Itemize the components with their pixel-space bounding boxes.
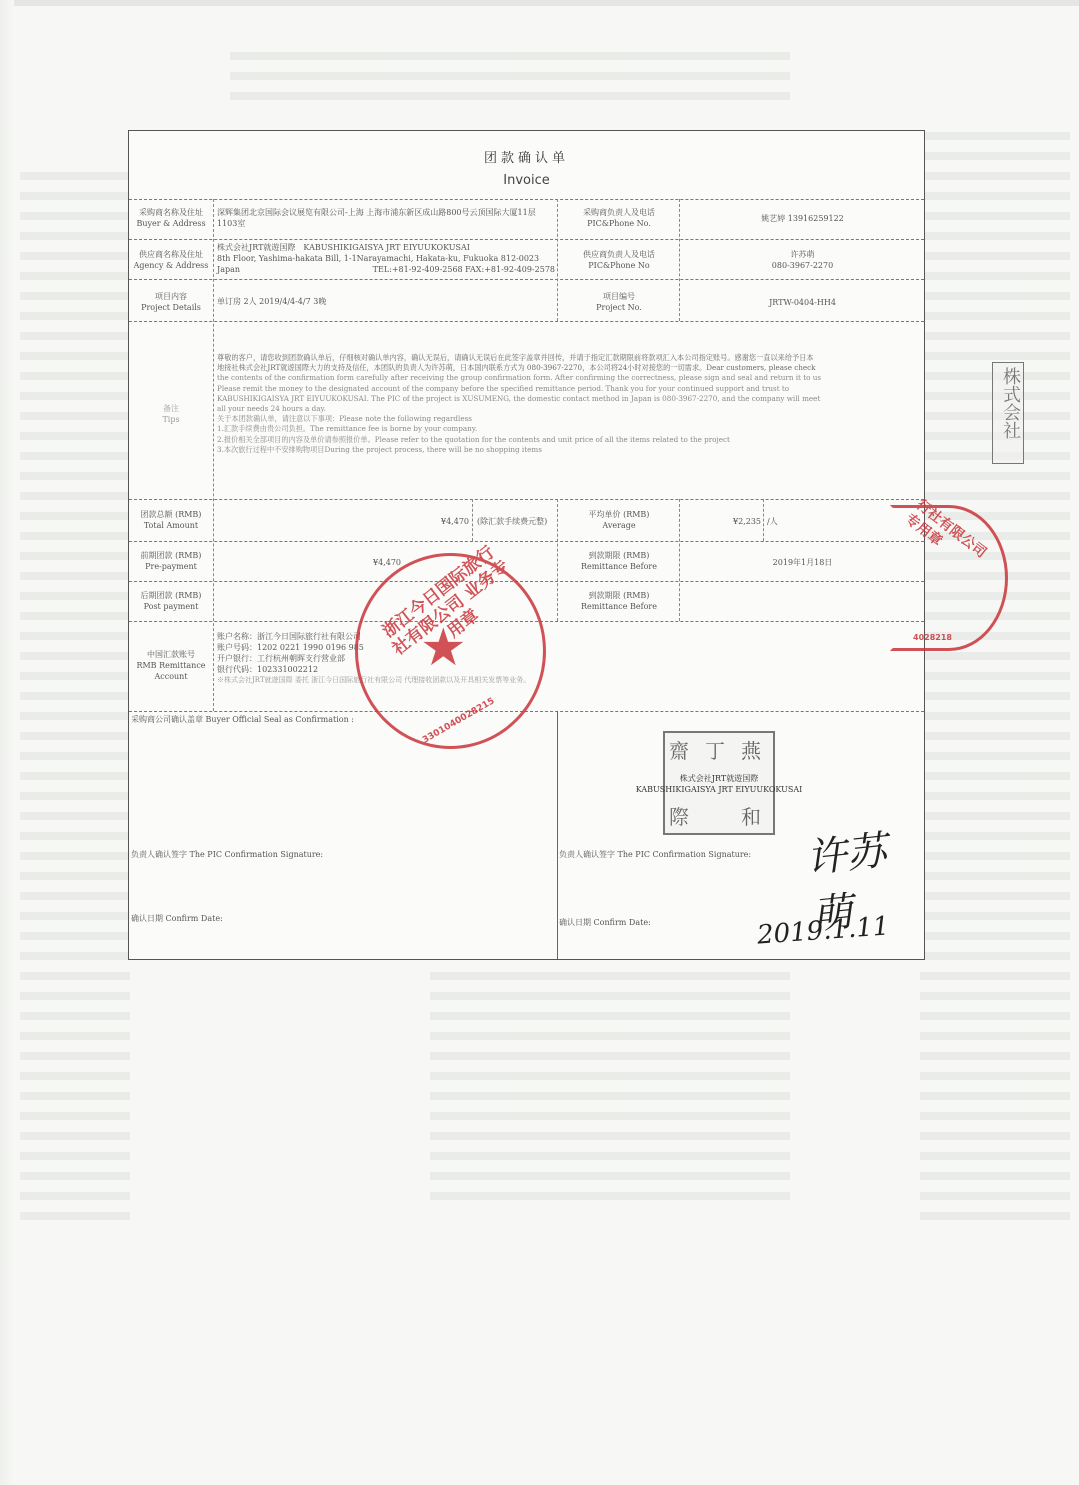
agency-address: 株式会社JRT就遊国際 KABUSHIKIGAISYA JRT EIYUUKOK… (217, 242, 557, 275)
vertical-seal: 株式会社 (992, 362, 1024, 464)
remittance-account-details: 账户名称：浙江今日国际旅行社有限公司 账户号码：1202 0221 1990 0… (217, 631, 917, 686)
remittance-account-label: 中国汇款账号RMB RemittanceAccount (131, 649, 211, 682)
average-label: 平均单价 (RMB)Average (559, 509, 679, 531)
average-unit: /人 (767, 516, 807, 527)
tips-text: 尊敬的客户，请您收到团款确认单后，仔细核对确认单内容，确认无误后，请确认无误后在… (217, 353, 917, 455)
round-stamp-right: 行社有限公司 专用章 4028218 (890, 505, 1008, 651)
average-value: ¥2,235 (681, 516, 761, 527)
buyer-address: 深辉集团北京国际会议展览有限公司-上海 上海市浦东新区成山路800号云顶国际大厦… (217, 207, 557, 229)
company-seal-text: 株式会社JRT就遊国際 KABUSHIKIGAISYA JRT EIYUUKOK… (629, 773, 809, 795)
left-confirm-date-label: 确认日期 Confirm Date: (131, 913, 551, 924)
left-signature-label: 负责人确认签字 The PIC Confirmation Signature: (131, 849, 551, 860)
total-amount-value: ¥4,470 (217, 516, 469, 527)
document-title-en: Invoice (129, 173, 924, 188)
prepayment-label: 前期团款 (RMB)Pre-payment (131, 550, 211, 572)
scan-edge (0, 0, 14, 1485)
invoice-sheet: 团款确认单 Invoice 采购商名称及住址Buyer & Address 深辉… (128, 130, 925, 960)
agency-label: 供应商名称及住址Agency & Address (131, 249, 211, 271)
bleed-through (20, 160, 130, 1230)
total-amount-label: 团款总额 (RMB)Total Amount (131, 509, 211, 531)
remittance-before-label: 到款期限 (RMB)Remittance Before (559, 550, 679, 572)
agency-pic-label: 供应商负责人及电话PIC&Phone No (559, 249, 679, 271)
buyer-pic-label: 采购商负责人及电话PIC&Phone No. (559, 207, 679, 229)
bleed-through (920, 120, 1070, 1230)
postpayment-remittance-label: 到款期限 (RMB)Remittance Before (559, 590, 679, 612)
bleed-through (230, 40, 790, 100)
project-label: 项目内容Project Details (131, 291, 211, 313)
round-stamp-left: ★ 浙江今日国际旅行社有限公司 业务专用章 3301040028215 (355, 553, 546, 749)
tips-label: 备注Tips (131, 403, 211, 425)
buyer-pic-value: 姚艺婷 13916259122 (681, 213, 924, 224)
document-title-cn: 团款确认单 (129, 147, 924, 166)
remittance-before-value: 2019年1月18日 (681, 557, 924, 568)
buyer-label: 采购商名称及住址Buyer & Address (131, 207, 211, 229)
total-amount-note: (除汇款手续费元整) (477, 516, 557, 527)
project-no-value: JRTW-0404-HH4 (681, 297, 924, 308)
bleed-through (430, 960, 790, 1210)
agency-pic-value: 许苏萌080-3967-2270 (681, 249, 924, 271)
project-details: 单订房 2人 2019/4/4-4/7 3晚 (217, 296, 557, 307)
scan-edge (0, 0, 1079, 6)
project-no-label: 项目编号Project No. (559, 291, 679, 313)
postpayment-label: 后期团款 (RMB)Post payment (131, 590, 211, 612)
